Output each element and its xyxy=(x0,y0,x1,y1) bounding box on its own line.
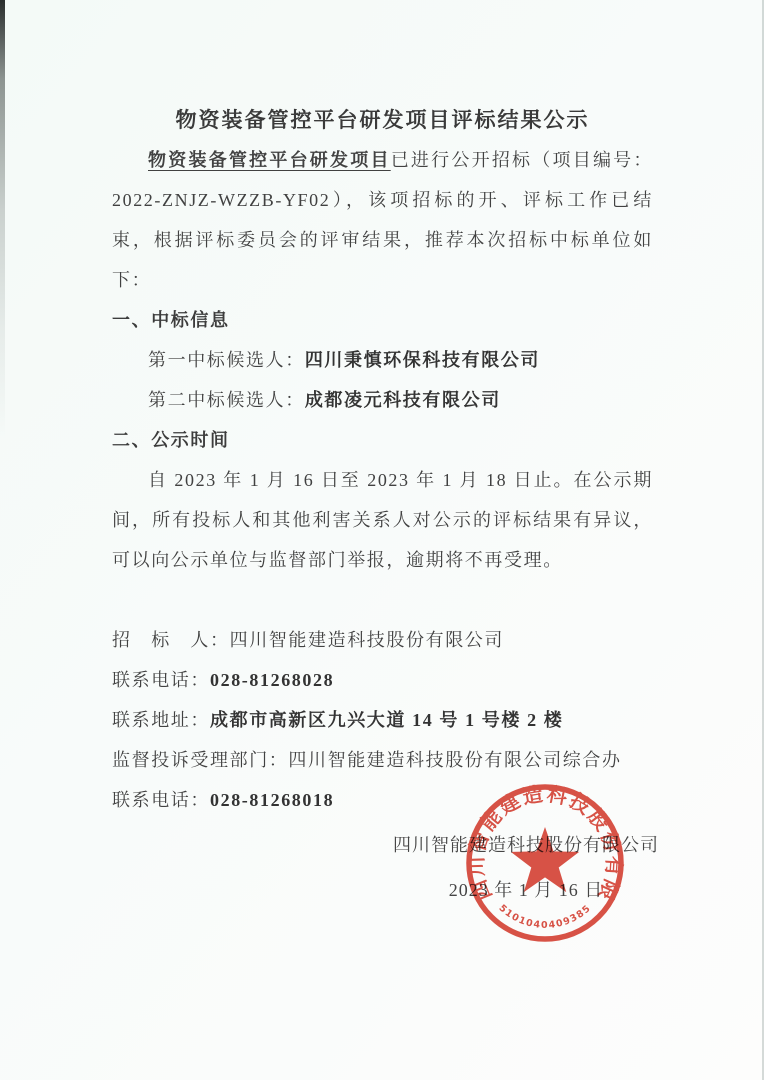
candidate-row-2: 第二中标候选人：成都凌元科技有限公司 xyxy=(112,380,653,420)
company-seal: 四川智能建造科技股份有限公司 5101040409385 xyxy=(461,779,629,947)
contact-row-phone1: 联系电话：028-81268028 xyxy=(112,660,653,700)
seal-registration-number: 5101040409385 xyxy=(496,903,593,931)
star-icon xyxy=(511,827,579,892)
tenderer-value: 四川智能建造科技股份有限公司 xyxy=(230,630,504,650)
address-value: 成都市高新区九兴大道 14 号 1 号楼 2 楼 xyxy=(210,710,563,730)
candidate2-label: 第二中标候选人： xyxy=(148,390,305,410)
phone2-value: 028-81268018 xyxy=(210,790,334,810)
intro-paragraph: 物资装备管控平台研发项目已进行公开招标（项目编号：2022-ZNJZ-WZZB-… xyxy=(112,140,653,300)
address-label: 联系地址： xyxy=(112,710,210,730)
contact-row-tenderer: 招 标 人：四川智能建造科技股份有限公司 xyxy=(112,620,653,660)
scanned-document-page: 物资装备管控平台研发项目评标结果公示 物资装备管控平台研发项目已进行公开招标（项… xyxy=(0,0,764,1080)
contact-row-address: 联系地址：成都市高新区九兴大道 14 号 1 号楼 2 楼 xyxy=(112,700,653,740)
document-body: 物资装备管控平台研发项目评标结果公示 物资装备管控平台研发项目已进行公开招标（项… xyxy=(112,100,653,820)
candidate-row-1: 第一中标候选人：四川秉慎环保科技有限公司 xyxy=(112,340,653,380)
supervision-label: 监督投诉受理部门： xyxy=(112,750,288,770)
supervision-value: 四川智能建造科技股份有限公司综合办 xyxy=(288,750,621,770)
section1-heading: 一、中标信息 xyxy=(112,300,653,340)
scan-edge-shadow xyxy=(0,0,5,440)
tenderer-label: 招 标 人： xyxy=(112,630,230,650)
project-name-underlined: 物资装备管控平台研发项目 xyxy=(148,150,391,170)
candidate2-company: 成都凌元科技有限公司 xyxy=(305,390,501,410)
publicity-period-paragraph: 自 2023 年 1 月 16 日至 2023 年 1 月 18 日止。在公示期… xyxy=(112,460,653,580)
phone2-label: 联系电话： xyxy=(112,790,210,810)
phone1-value: 028-81268028 xyxy=(210,670,334,690)
contact-row-supervision: 监督投诉受理部门：四川智能建造科技股份有限公司综合办 xyxy=(112,740,653,780)
page-title: 物资装备管控平台研发项目评标结果公示 xyxy=(112,100,653,140)
candidate1-label: 第一中标候选人： xyxy=(148,350,305,370)
section2-heading: 二、公示时间 xyxy=(112,420,653,460)
candidate1-company: 四川秉慎环保科技有限公司 xyxy=(305,350,540,370)
phone1-label: 联系电话： xyxy=(112,670,210,690)
intro-paragraph-text: 已进行公开招标（项目编号：2022-ZNJZ-WZZB-YF02），该项招标的开… xyxy=(112,150,653,290)
